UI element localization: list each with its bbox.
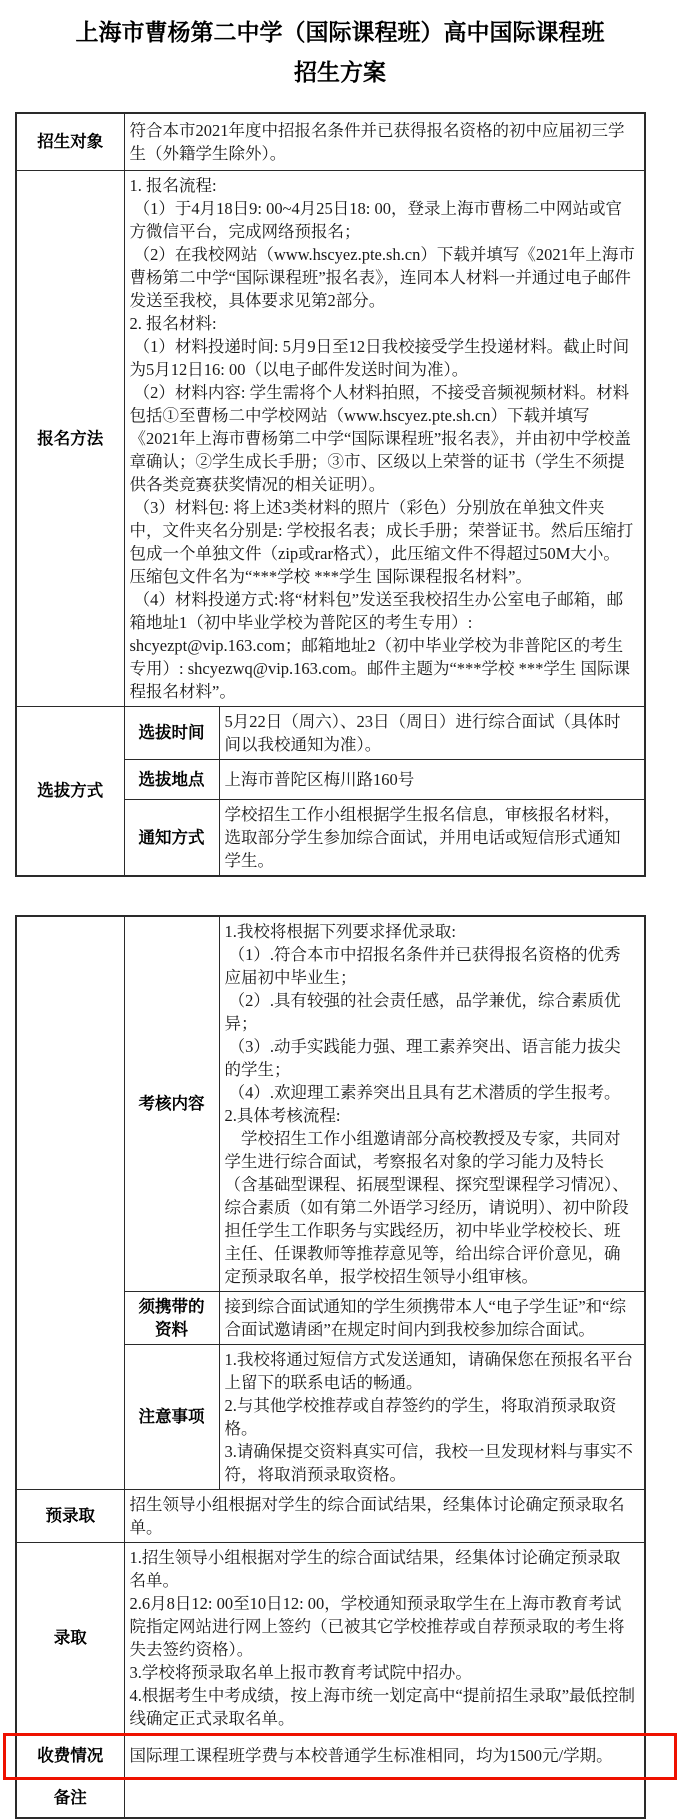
- content-assessment-content: 1.我校将根据下列要求择优录取: （1）.符合本市中招报名条件并已获得报名资格的…: [219, 916, 645, 1292]
- content-required-materials: 接到综合面试通知的学生须携带本人“电子学生证”和“综合面试邀请函”在规定时间内到…: [219, 1291, 645, 1344]
- assessment-admission-table-wrapper: 考核内容 1.我校将根据下列要求择优录取: （1）.符合本市中招报名条件并已获得…: [15, 915, 644, 1819]
- label-application-method: 报名方法: [16, 170, 124, 706]
- content-notification-method: 学校招生工作小组根据学生报名信息，审核报名材料，选取部分学生参加综合面试，并用电…: [219, 799, 645, 876]
- content-admission: 1.招生领导小组根据对学生的综合面试结果，经集体讨论确定预录取名单。 2.6月8…: [124, 1542, 645, 1733]
- table-row: 备注: [16, 1778, 645, 1818]
- label-notes: 注意事项: [124, 1344, 219, 1489]
- table-row: 收费情况 国际理工课程班学费与本校普通学生标准相同，均为1500元/学期。: [16, 1733, 645, 1778]
- admission-info-table-wrapper: 招生对象 符合本市2021年度中招报名条件并已获得报名资格的初中应届初三学生（外…: [15, 112, 644, 877]
- document-title-line2: 招生方案: [0, 53, 680, 93]
- admission-info-table: 招生对象 符合本市2021年度中招报名条件并已获得报名资格的初中应届初三学生（外…: [15, 112, 646, 877]
- content-admission-target: 符合本市2021年度中招报名条件并已获得报名资格的初中应届初三学生（外籍学生除外…: [124, 113, 645, 170]
- content-notes: 1.我校将通过短信方式发送通知，请确保您在预报名平台上留下的联系电话的畅通。 2…: [219, 1344, 645, 1489]
- table-row: 预录取 招生领导小组根据对学生的综合面试结果，经集体讨论确定预录取名单。: [16, 1489, 645, 1542]
- label-required-materials: 须携带的资料: [124, 1291, 219, 1344]
- label-remarks: 备注: [16, 1778, 124, 1818]
- content-selection-time: 5月22日（周六）、23日（周日）进行综合面试（具体时间以我校通知为准）。: [219, 706, 645, 759]
- table-row: 录取 1.招生领导小组根据对学生的综合面试结果，经集体讨论确定预录取名单。 2.…: [16, 1542, 645, 1733]
- document-title: 上海市曹杨第二中学（国际课程班）高中国际课程班 招生方案: [0, 0, 680, 93]
- table-row: 招生对象 符合本市2021年度中招报名条件并已获得报名资格的初中应届初三学生（外…: [16, 113, 645, 170]
- label-selection-method: 选拔方式: [16, 706, 124, 876]
- table-row: 选拔方式 选拔时间 5月22日（周六）、23日（周日）进行综合面试（具体时间以我…: [16, 706, 645, 759]
- content-pre-admission: 招生领导小组根据对学生的综合面试结果，经集体讨论确定预录取名单。: [124, 1489, 645, 1542]
- empty-cell: [16, 916, 124, 1490]
- content-selection-venue: 上海市普陀区梅川路160号: [219, 759, 645, 799]
- label-fees: 收费情况: [16, 1733, 124, 1778]
- label-notification-method: 通知方式: [124, 799, 219, 876]
- table-row: 考核内容 1.我校将根据下列要求择优录取: （1）.符合本市中招报名条件并已获得…: [16, 916, 645, 1292]
- label-assessment-content: 考核内容: [124, 916, 219, 1292]
- document-title-line1: 上海市曹杨第二中学（国际课程班）高中国际课程班: [0, 13, 680, 53]
- content-application-method: 1. 报名流程: （1）于4月18日9: 00~4月25日18: 00，登录上海…: [124, 170, 645, 706]
- label-admission: 录取: [16, 1542, 124, 1733]
- label-selection-time: 选拔时间: [124, 706, 219, 759]
- content-fees: 国际理工课程班学费与本校普通学生标准相同，均为1500元/学期。: [124, 1733, 645, 1778]
- label-selection-venue: 选拔地点: [124, 759, 219, 799]
- label-pre-admission: 预录取: [16, 1489, 124, 1542]
- content-remarks: [124, 1778, 645, 1818]
- assessment-admission-table: 考核内容 1.我校将根据下列要求择优录取: （1）.符合本市中招报名条件并已获得…: [15, 915, 646, 1819]
- label-admission-target: 招生对象: [16, 113, 124, 170]
- table-row: 报名方法 1. 报名流程: （1）于4月18日9: 00~4月25日18: 00…: [16, 170, 645, 706]
- document-page: 上海市曹杨第二中学（国际课程班）高中国际课程班 招生方案 招生对象 符合本市20…: [0, 0, 680, 1819]
